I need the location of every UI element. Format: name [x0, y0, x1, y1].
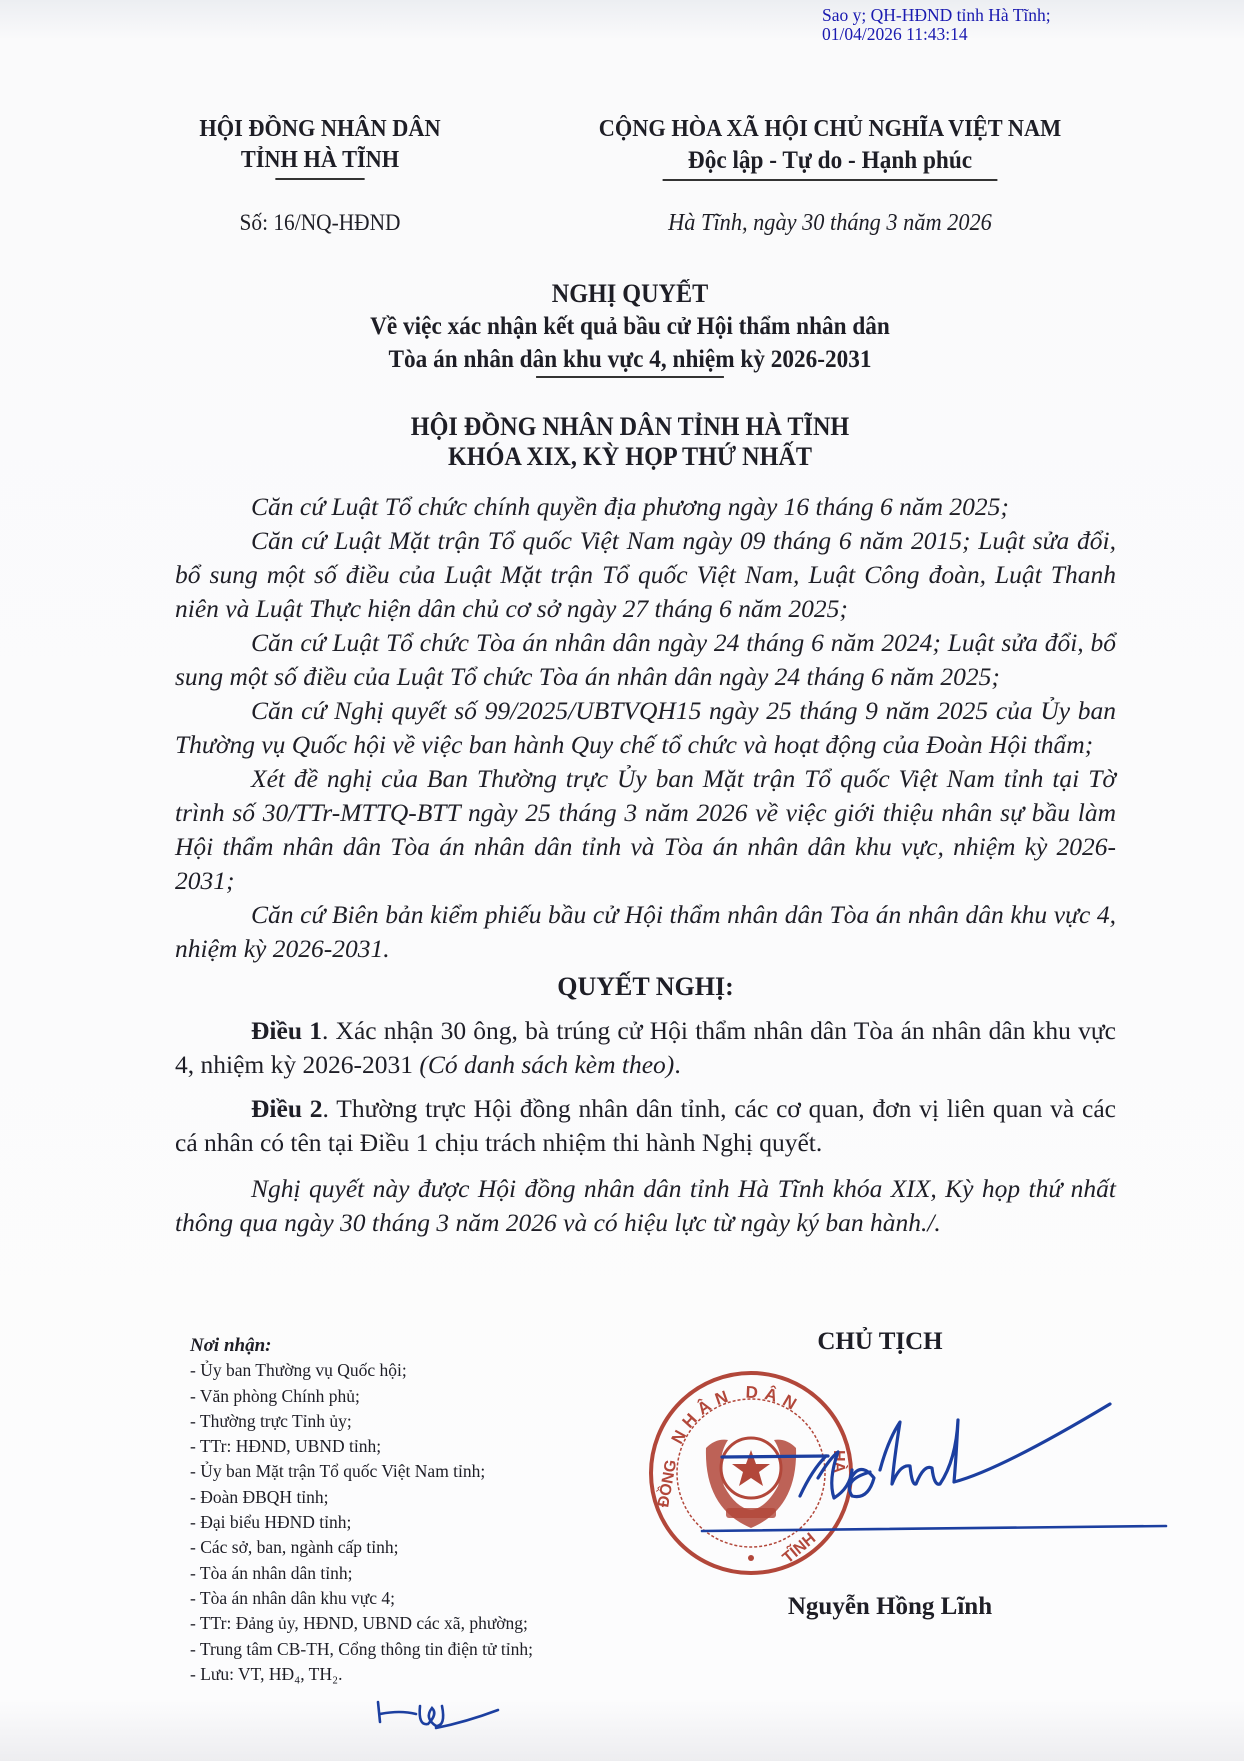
recipient-item: - Ủy ban Thường vụ Quốc hội;	[190, 1358, 610, 1383]
signer-name: Nguyễn Hồng Lĩnh	[740, 1593, 1040, 1621]
legal-basis-6: Căn cứ Biên bản kiểm phiếu bầu cử Hội th…	[175, 898, 1116, 966]
legal-basis-1: Căn cứ Luật Tổ chức chính quyền địa phươ…	[175, 490, 1116, 524]
legal-basis-2: Căn cứ Luật Mặt trận Tổ quốc Việt Nam ng…	[175, 524, 1116, 626]
decision-heading: QUYẾT NGHỊ:	[175, 970, 1116, 1004]
document-subject-line-1: Về việc xác nhận kết quả bầu cử Hội thẩm…	[249, 310, 1012, 343]
issuer-line-2: TỈNH HÀ TĨNH	[171, 145, 469, 176]
article-1-label: Điều 1	[251, 1016, 322, 1045]
copy-stamp: Sao y; QH-HĐND tỉnh Hà Tĩnh; 01/04/2026 …	[822, 6, 1051, 44]
recipient-item: - Ủy ban Mặt trận Tổ quốc Việt Nam tỉnh;	[190, 1459, 610, 1484]
recipient-item: - Văn phòng Chính phủ;	[190, 1384, 610, 1409]
document-title: NGHỊ QUYẾT Về việc xác nhận kết quả bầu …	[249, 277, 1012, 378]
article-2-label: Điều 2	[251, 1094, 323, 1123]
recipients-title: Nơi nhận:	[190, 1333, 610, 1358]
copy-stamp-issuer: Sao y; QH-HĐND tỉnh Hà Tĩnh;	[822, 6, 1051, 25]
closing-statement: Nghị quyết này được Hội đồng nhân dân tỉ…	[175, 1172, 1116, 1240]
recipient-item: - Đoàn ĐBQH tỉnh;	[190, 1485, 610, 1510]
council-session: KHÓA XIX, KỲ HỌP THỨ NHẤT	[249, 442, 1012, 472]
legal-basis-3: Căn cứ Luật Tổ chức Tòa án nhân dân ngày…	[175, 626, 1116, 694]
recipients-list: Nơi nhận: - Ủy ban Thường vụ Quốc hội; -…	[190, 1333, 610, 1687]
article-2: Điều 2. Thường trực Hội đồng nhân dân tỉ…	[175, 1092, 1116, 1160]
recipient-item: - Trung tâm CB-TH, Cổng thông tin điện t…	[190, 1637, 610, 1662]
document-body: Căn cứ Luật Tổ chức chính quyền địa phươ…	[175, 490, 1116, 1240]
article-1-note: (Có danh sách kèm theo)	[419, 1050, 674, 1079]
recipient-item: - TTr: Đảng ủy, HĐND, UBND các xã, phườn…	[190, 1611, 610, 1636]
article-1: Điều 1. Xác nhận 30 ông, bà trúng cử Hội…	[175, 1014, 1116, 1082]
issuer-underline	[275, 178, 364, 180]
issuing-council: HỘI ĐỒNG NHÂN DÂN TỈNH HÀ TĨNH KHÓA XIX,…	[249, 412, 1012, 472]
recipient-item: - Tòa án nhân dân khu vực 4;	[190, 1586, 610, 1611]
legal-basis-4: Căn cứ Nghị quyết số 99/2025/UBTVQH15 ng…	[175, 694, 1116, 762]
article-1-end: .	[674, 1050, 680, 1079]
document-subject-line-2: Tòa án nhân dân khu vực 4, nhiệm kỳ 2026…	[249, 343, 1012, 376]
country-name: CỘNG HÒA XÃ HỘI CHỦ NGHĨA VIỆT NAM	[542, 114, 1119, 145]
recipient-item: - Các sở, ban, ngành cấp tỉnh;	[190, 1535, 610, 1560]
svg-text:ĐỒNG: ĐỒNG	[653, 1458, 680, 1509]
title-underline	[536, 376, 724, 378]
recipient-item: - Thường trực Tỉnh ủy;	[190, 1409, 610, 1434]
council-name: HỘI ĐỒNG NHÂN DÂN TỈNH HÀ TĨNH	[249, 412, 1012, 442]
national-motto: Độc lập - Tự do - Hạnh phúc	[688, 145, 972, 176]
issuer-header: HỘI ĐỒNG NHÂN DÂN TỈNH HÀ TĨNH	[171, 114, 469, 180]
signature-icon	[700, 1400, 1170, 1550]
recipient-item: - Đại biểu HĐND tỉnh;	[190, 1510, 610, 1535]
signer-position: CHỦ TỊCH	[760, 1328, 1000, 1356]
motto-underline	[663, 179, 998, 181]
recipient-item: - TTr: HĐND, UBND tỉnh;	[190, 1434, 610, 1459]
copy-stamp-timestamp: 01/04/2026 11:43:14	[822, 25, 1051, 44]
place-and-date: Hà Tĩnh, ngày 30 tháng 3 năm 2026	[579, 208, 1081, 238]
legal-basis-5: Xét đề nghị của Ban Thường trực Ủy ban M…	[175, 762, 1116, 898]
national-header: CỘNG HÒA XÃ HỘI CHỦ NGHĨA VIỆT NAM Độc l…	[542, 114, 1119, 181]
document-number: Số: 16/NQ-HĐND	[171, 208, 469, 238]
document-type: NGHỊ QUYẾT	[249, 277, 1012, 310]
recipient-item: - Lưu: VT, HĐ₄, TH₂.	[190, 1662, 610, 1687]
initials-icon	[376, 1696, 506, 1736]
issuer-line-1: HỘI ĐỒNG NHÂN DÂN	[171, 114, 469, 145]
recipient-item: - Tòa án nhân dân tỉnh;	[190, 1561, 610, 1586]
